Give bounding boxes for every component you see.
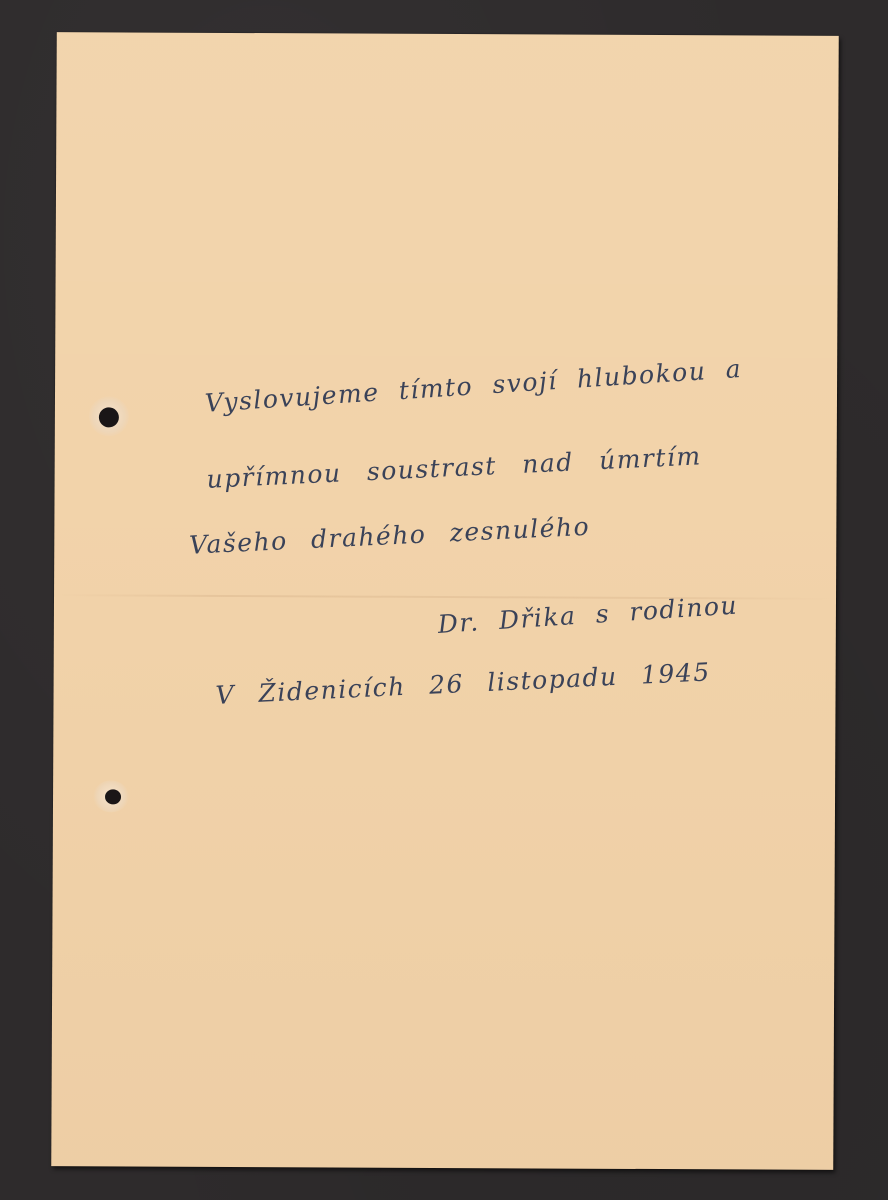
condolence-line-3: Vašeho drahého zesnulého [189,512,591,560]
punch-hole-top [89,396,129,436]
letter-sheet: Vyslovujeme tímto svojí hlubokou a upřím… [51,32,839,1170]
punch-hole-opening [105,789,121,804]
condolence-line-2: upřímnou soustrast nad úmrtím [206,441,702,493]
condolence-line-1: Vyslovujeme tímto svojí hlubokou a [204,354,743,418]
punch-hole-bottom [93,780,129,812]
place-date-line: V Židenicích 26 listopadu 1945 [215,657,711,709]
punch-hole-opening [99,407,119,427]
